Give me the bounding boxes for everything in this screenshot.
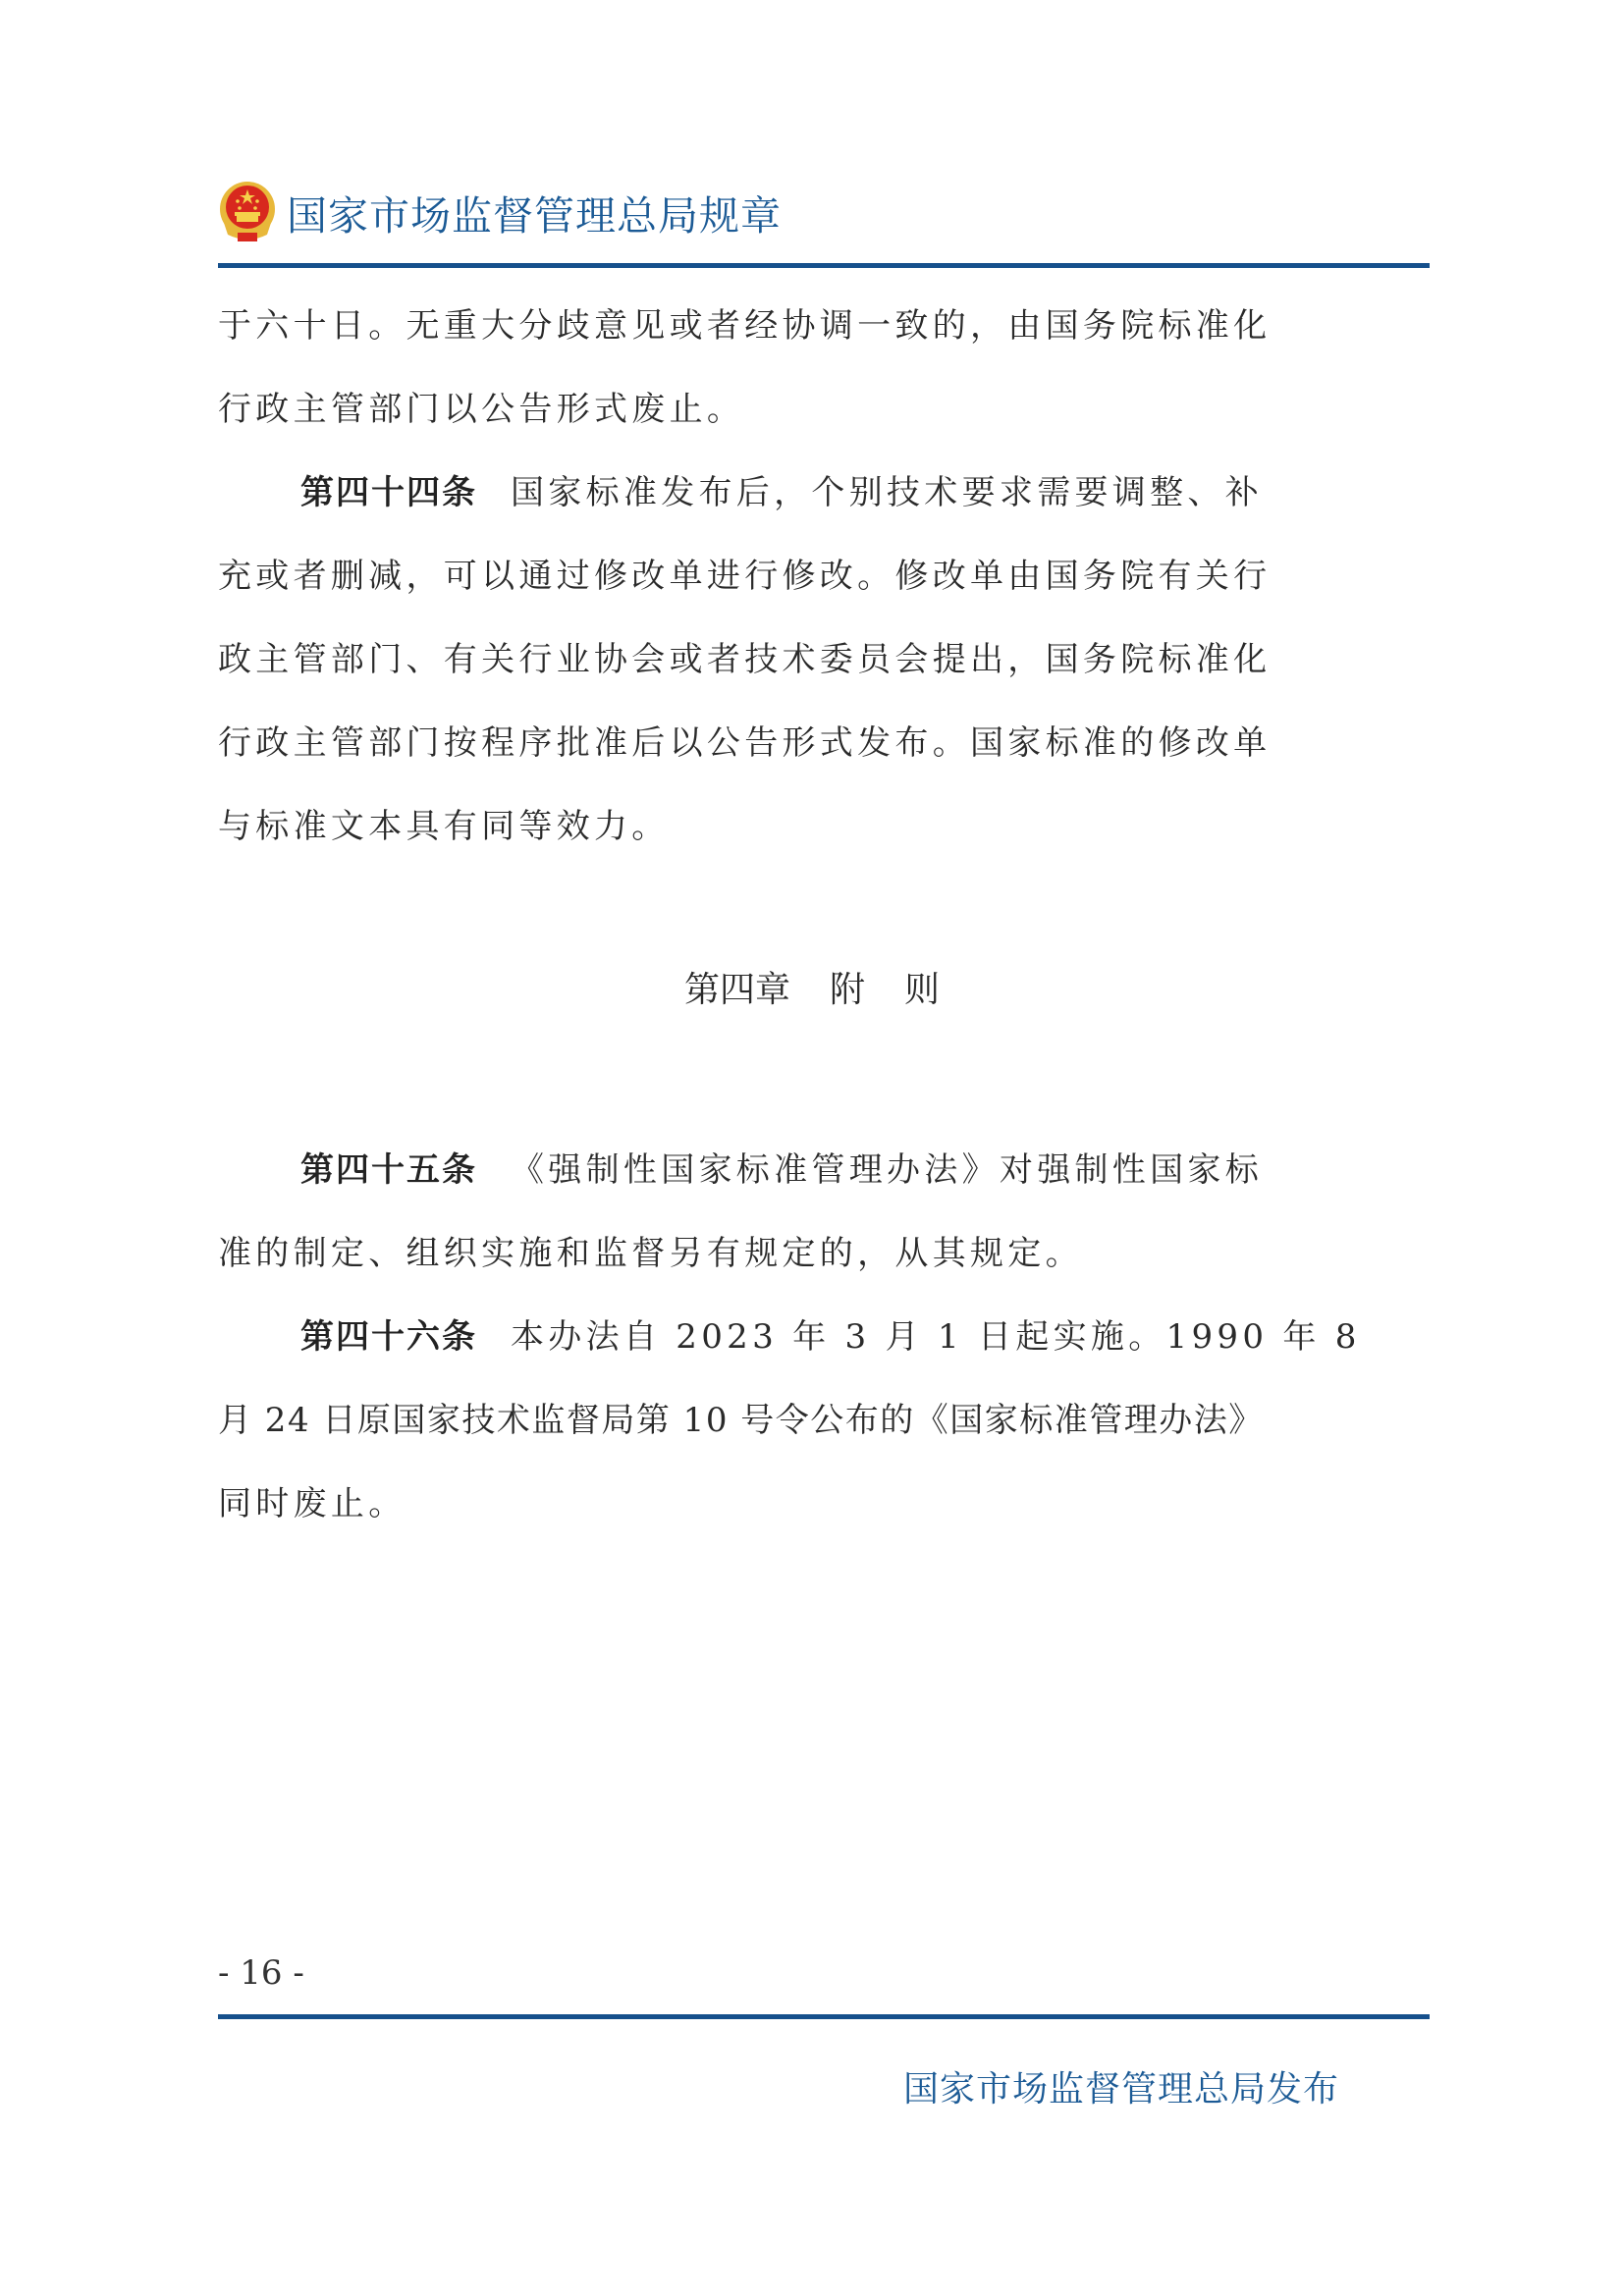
page-header: 国家市场监督管理总局规章 [218,175,782,249]
text-line: 行政主管部门以公告形式废止。 [218,368,1430,452]
article-44-first-line: 第四十四条国家标准发布后，个别技术要求需要调整、补 [218,452,1430,535]
header-divider [218,263,1430,268]
publisher-footer: 国家市场监督管理总局发布 [903,2061,1339,2111]
chapter-number: 第四章 [684,970,790,1010]
chapter-title-char: 则 [904,970,940,1010]
text-segment: 国家标准发布后，个别技术要求需要调整、补 [511,473,1263,512]
header-title: 国家市场监督管理总局规章 [287,184,782,241]
article-44-label: 第四十四条 [300,473,477,512]
national-emblem-icon [218,180,277,244]
text-line: 与标准文本具有同等效力。 [218,785,1430,869]
chapter-title-char: 附 [830,970,865,1010]
document-body: 于六十日。无重大分歧意见或者经协调一致的，由国务院标准化 行政主管部门以公告形式… [218,285,1430,869]
article-45-label: 第四十五条 [300,1150,477,1190]
text-line: 充或者删减，可以通过修改单进行修改。修改单由国务院有关行 [218,535,1430,618]
chapter-heading: 第四章附则 [0,962,1624,1012]
text-line: 同时废止。 [218,1463,1430,1546]
appendix-body: 第四十五条《强制性国家标准管理办法》对强制性国家标 准的制定、组织实施和监督另有… [218,1129,1430,1546]
text-segment: 本办法自 2023 年 3 月 1 日起实施。1990 年 8 [511,1317,1361,1357]
article-45-first-line: 第四十五条《强制性国家标准管理办法》对强制性国家标 [218,1129,1430,1212]
text-line: 政主管部门、有关行业协会或者技术委员会提出，国务院标准化 [218,618,1430,702]
article-46-first-line: 第四十六条本办法自 2023 年 3 月 1 日起实施。1990 年 8 [218,1296,1430,1379]
text-line: 行政主管部门按程序批准后以公告形式发布。国家标准的修改单 [218,702,1430,785]
text-line: 准的制定、组织实施和监督另有规定的，从其规定。 [218,1212,1430,1296]
text-line: 月 24 日原国家技术监督局第 10 号令公布的《国家标准管理办法》 [218,1379,1430,1463]
footer-divider [218,2014,1430,2019]
text-line: 于六十日。无重大分歧意见或者经协调一致的，由国务院标准化 [218,285,1430,368]
page-number: - 16 - [218,1953,304,1993]
text-segment: 《强制性国家标准管理办法》对强制性国家标 [511,1150,1263,1190]
article-46-label: 第四十六条 [300,1317,477,1357]
